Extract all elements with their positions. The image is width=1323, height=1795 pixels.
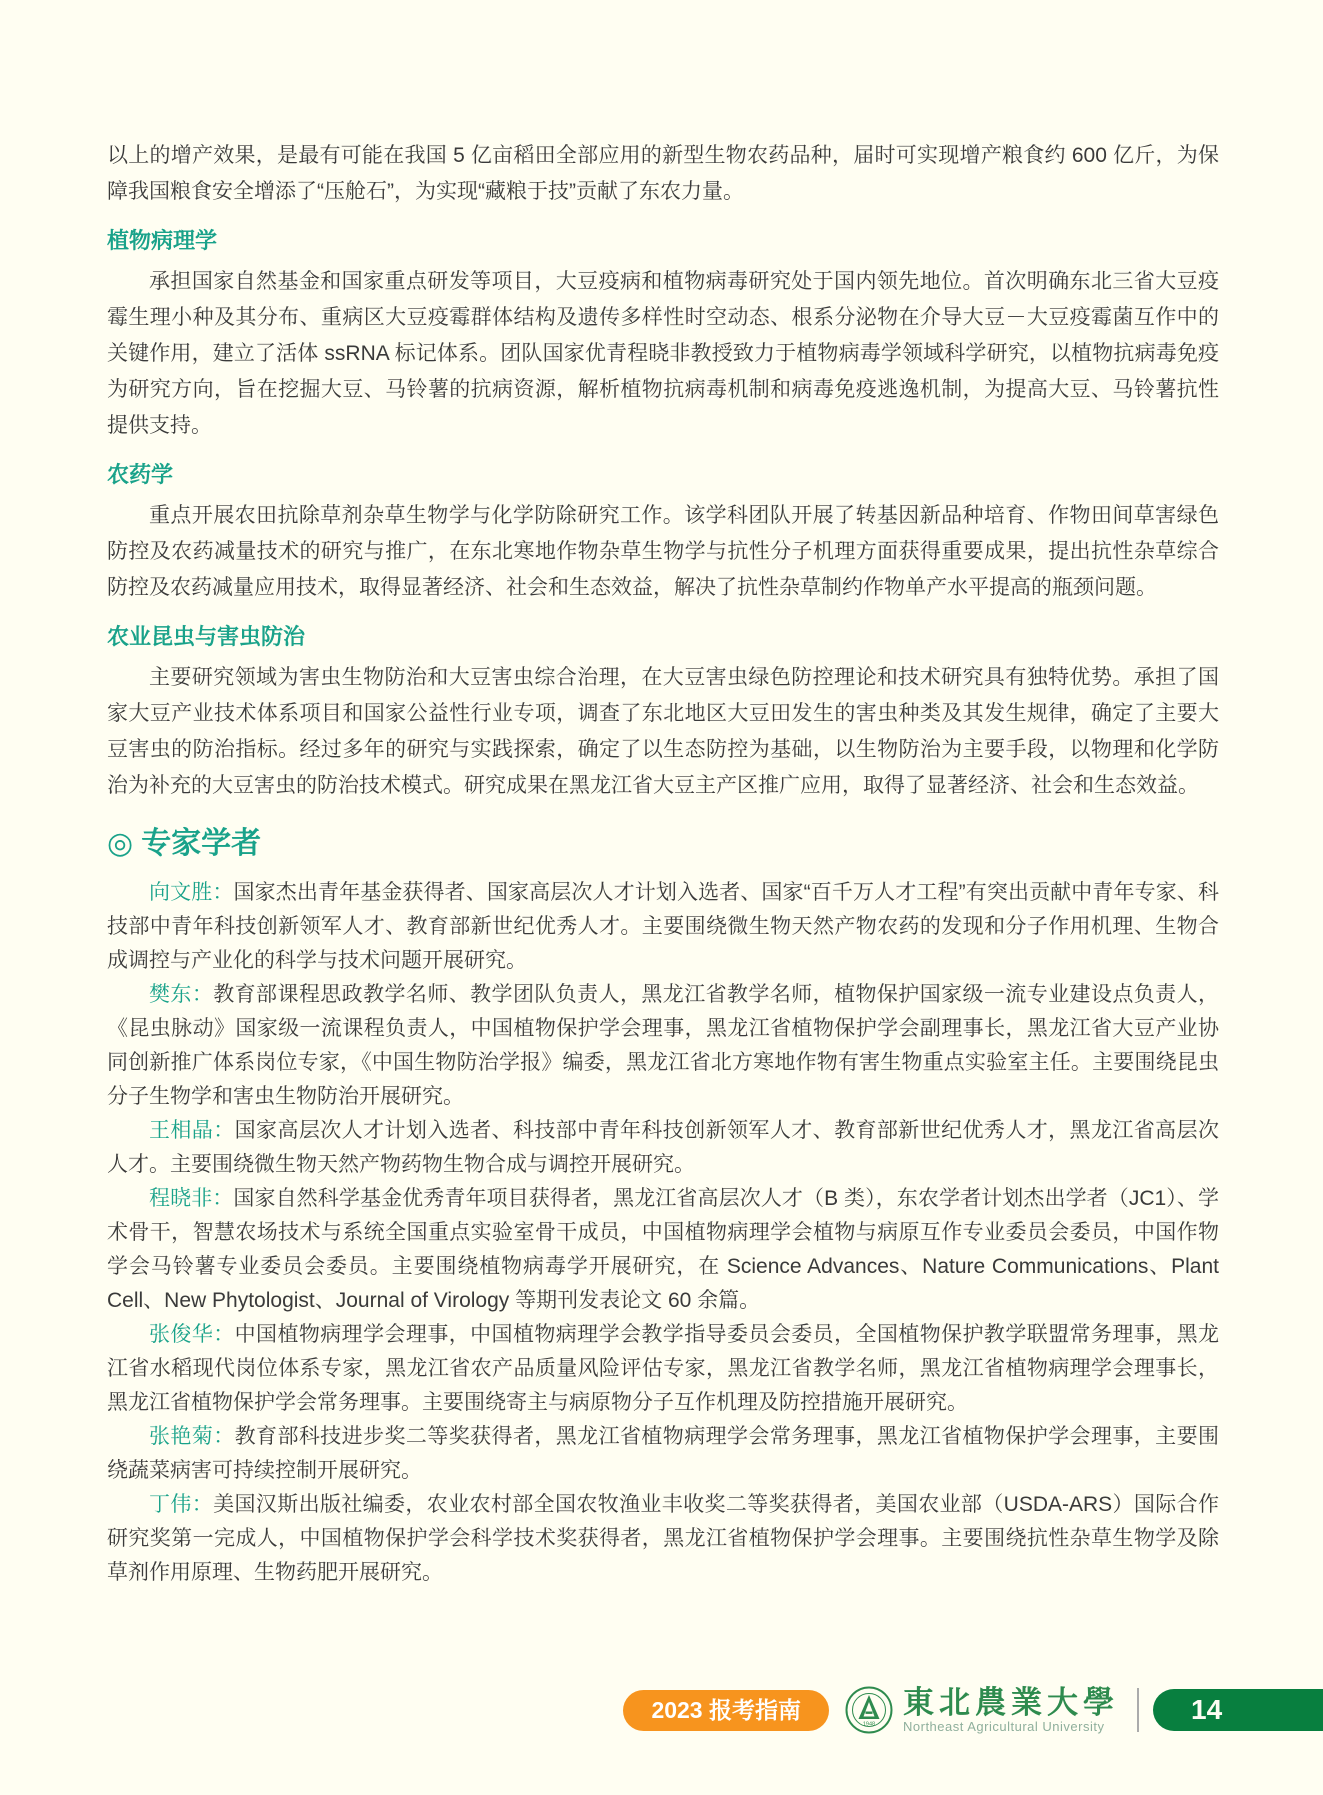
expert-desc: 中国植物病理学会理事，中国植物病理学会教学指导委员会委员，全国植物保护教学联盟常… xyxy=(107,1323,1219,1414)
expert-desc: 国家高层次人才计划入选者、科技部中青年科技创新领军人才、教育部新世纪优秀人才，黑… xyxy=(107,1119,1219,1176)
expert-name: 王相晶： xyxy=(149,1119,235,1142)
expert-desc: 教育部课程思政教学名师、教学团队负责人，黑龙江省教学名师，植物保护国家级一流专业… xyxy=(107,983,1219,1108)
page-number-badge: 14 xyxy=(1153,1689,1323,1731)
expert-paragraph-ding-wei: 丁伟：美国汉斯出版社编委，农业农村部全国农牧渔业丰收奖二等奖获得者，美国农业部（… xyxy=(107,1488,1219,1590)
expert-name: 程晓非： xyxy=(149,1187,233,1210)
section-body-pesticide-science: 重点开展农田抗除草剂杂草生物学与化学防除研究工作。该学科团队开展了转基因新品种培… xyxy=(107,498,1219,606)
university-logo-icon: 1948 xyxy=(845,1686,893,1734)
expert-name: 向文胜： xyxy=(149,881,233,904)
expert-desc: 国家杰出青年基金获得者、国家高层次人才计划入选者、国家“百千万人才工程”有突出贡… xyxy=(107,881,1219,972)
university-name-chinese: 東北農業大學 xyxy=(903,1687,1119,1719)
expert-name: 丁伟： xyxy=(149,1493,213,1516)
expert-desc: 教育部科技进步奖二等奖获得者，黑龙江省植物病理学会常务理事，黑龙江省植物保护学会… xyxy=(107,1425,1219,1482)
footer-divider xyxy=(1137,1688,1139,1732)
expert-paragraph-fan-dong: 樊东：教育部课程思政教学名师、教学团队负责人，黑龙江省教学名师，植物保护国家级一… xyxy=(107,978,1219,1114)
logo-year-label: 1948 xyxy=(863,1722,875,1728)
university-name-block: 東北農業大學 Northeast Agricultural University xyxy=(903,1687,1119,1734)
section-body-plant-pathology: 承担国家自然基金和国家重点研发等项目，大豆疫病和植物病毒研究处于国内领先地位。首… xyxy=(107,264,1219,444)
experts-heading-label: 专家学者 xyxy=(141,824,261,864)
university-name-english: Northeast Agricultural University xyxy=(903,1719,1119,1734)
section-body-entomology-pest-control: 主要研究领域为害虫生物防治和大豆害虫综合治理，在大豆害虫绿色防控理论和技术研究具… xyxy=(107,660,1219,804)
section-heading-pesticide-science: 农药学 xyxy=(107,460,1219,490)
double-circle-icon: ◎ xyxy=(107,824,133,864)
guide-year-badge: 2023 报考指南 xyxy=(623,1690,829,1731)
intro-paragraph: 以上的增产效果，是最有可能在我国 5 亿亩稻田全部应用的新型生物农药品种，届时可… xyxy=(107,138,1219,210)
expert-paragraph-wang-xiangjing: 王相晶：国家高层次人才计划入选者、科技部中青年科技创新领军人才、教育部新世纪优秀… xyxy=(107,1114,1219,1182)
section-heading-entomology-pest-control: 农业昆虫与害虫防治 xyxy=(107,622,1219,652)
page-footer: 2023 报考指南 1948 東北農業大學 Northeast Agricult… xyxy=(0,1686,1323,1734)
expert-paragraph-zhang-junhua: 张俊华：中国植物病理学会理事，中国植物病理学会教学指导委员会委员，全国植物保护教… xyxy=(107,1318,1219,1420)
expert-name: 樊东： xyxy=(149,983,213,1006)
section-heading-plant-pathology: 植物病理学 xyxy=(107,226,1219,256)
document-page: 以上的增产效果，是最有可能在我国 5 亿亩稻田全部应用的新型生物农药品种，届时可… xyxy=(0,0,1323,1795)
expert-name: 张艳菊： xyxy=(149,1425,235,1448)
experts-heading: ◎ 专家学者 xyxy=(107,824,1219,864)
expert-desc: 美国汉斯出版社编委，农业农村部全国农牧渔业丰收奖二等奖获得者，美国农业部（USD… xyxy=(107,1493,1219,1584)
expert-desc: 国家自然科学基金优秀青年项目获得者，黑龙江省高层次人才（B 类），东农学者计划杰… xyxy=(107,1187,1219,1312)
main-content: 以上的增产效果，是最有可能在我国 5 亿亩稻田全部应用的新型生物农药品种，届时可… xyxy=(107,138,1219,1590)
expert-name: 张俊华： xyxy=(149,1323,235,1346)
expert-paragraph-cheng-xiaofei: 程晓非：国家自然科学基金优秀青年项目获得者，黑龙江省高层次人才（B 类），东农学… xyxy=(107,1182,1219,1318)
expert-paragraph-xiang-wensheng: 向文胜：国家杰出青年基金获得者、国家高层次人才计划入选者、国家“百千万人才工程”… xyxy=(107,876,1219,978)
expert-paragraph-zhang-yanju: 张艳菊：教育部科技进步奖二等奖获得者，黑龙江省植物病理学会常务理事，黑龙江省植物… xyxy=(107,1420,1219,1488)
